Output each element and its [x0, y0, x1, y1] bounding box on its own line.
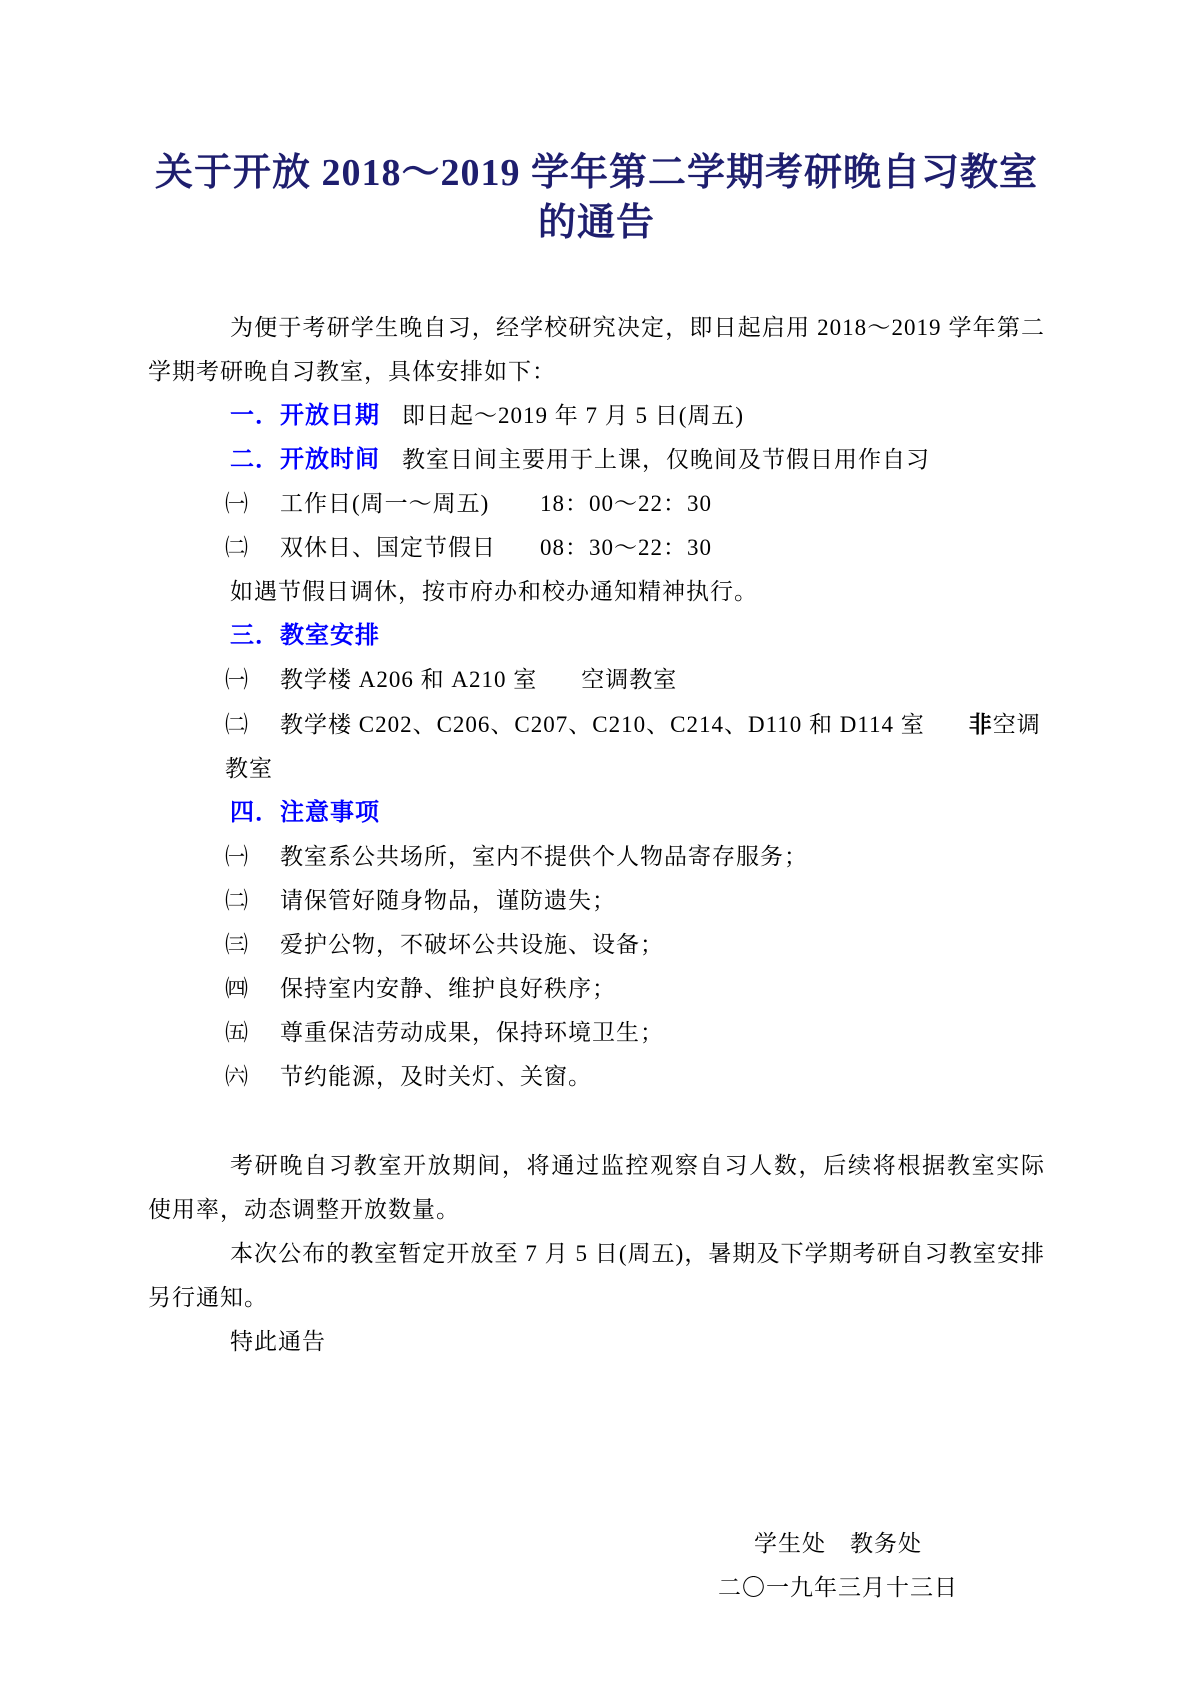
signature-block: 学生处 教务处 二〇一九年三月十三日: [688, 1522, 988, 1610]
section-open-date-heading: 一．开放日期: [230, 402, 380, 429]
schedule-item-weekday: ㈠工作日(周一～周五)18：00～22：30: [148, 482, 1045, 526]
closing-paragraph-monitoring: 考研晚自习教室开放期间，将通过监控观察自习人数，后续将根据教室实际使用率，动态调…: [148, 1144, 1045, 1232]
room-item-non-ac-label: 教学楼 C202、C206、C207、C210、C214、D110 和 D114…: [280, 712, 925, 737]
intro-paragraph: 为便于考研学生晚自习，经学校研究决定，即日起启用 2018～2019 学年第二学…: [148, 306, 1045, 394]
schedule-item-weekend: ㈡双休日、国定节假日08：30～22：30: [148, 526, 1045, 570]
note-item-3: ㈢爱护公物，不破坏公共设施、设备；: [148, 923, 1045, 967]
note-item-4-text: 保持室内安静、维护良好秩序；: [280, 976, 616, 1001]
item-marker: ㈤: [225, 1011, 280, 1055]
schedule-item-weekend-time: 08：30～22：30: [540, 526, 712, 570]
signature-departments: 学生处 教务处: [688, 1522, 988, 1566]
section-open-date-value: 即日起～2019 年 7 月 5 日(周五): [402, 403, 744, 428]
item-marker: ㈥: [225, 1055, 280, 1099]
section-open-time-heading: 二．开放时间: [230, 446, 380, 473]
item-marker: ㈠: [225, 658, 280, 702]
section-open-time-line: 二．开放时间教室日间主要用于上课，仅晚间及节假日用作自习: [148, 438, 1045, 482]
item-marker: ㈢: [225, 923, 280, 967]
schedule-item-weekend-label: 双休日、国定节假日: [280, 535, 496, 560]
room-item-ac-label: 教学楼 A206 和 A210 室: [280, 667, 537, 692]
note-item-6: ㈥节约能源，及时关灯、关窗。: [148, 1055, 1045, 1099]
room-item-non-ac-tag-bold: 非: [969, 711, 993, 737]
schedule-item-weekday-time: 18：00～22：30: [540, 482, 712, 526]
page-title: 关于开放 2018～2019 学年第二学期考研晚自习教室的通告: [148, 148, 1045, 248]
closing-paragraph-duration: 本次公布的教室暂定开放至 7 月 5 日(周五)，暑期及下学期考研自习教室安排另…: [148, 1232, 1045, 1320]
item-marker: ㈡: [225, 526, 280, 570]
item-marker: ㈠: [225, 482, 280, 526]
section-room-arrangement-heading: 三．教室安排: [230, 622, 380, 649]
room-item-ac-tag: 空调教室: [581, 667, 677, 692]
item-marker: ㈡: [225, 879, 280, 923]
note-item-5-text: 尊重保洁劳动成果，保持环境卫生；: [280, 1020, 664, 1045]
holiday-note: 如遇节假日调休，按市府办和校办通知精神执行。: [148, 570, 1045, 614]
notice-document-page: 关于开放 2018～2019 学年第二学期考研晚自习教室的通告 为便于考研学生晚…: [0, 0, 1191, 1684]
room-item-non-ac: ㈡教学楼 C202、C206、C207、C210、C214、D110 和 D11…: [148, 702, 1045, 791]
schedule-item-weekday-label: 工作日(周一～周五): [280, 491, 489, 516]
note-item-3-text: 爱护公物，不破坏公共设施、设备；: [280, 932, 664, 957]
item-marker: ㈡: [225, 703, 280, 747]
section-notes-heading: 四．注意事项: [230, 799, 380, 826]
closing-paragraphs: 考研晚自习教室开放期间，将通过监控观察自习人数，后续将根据教室实际使用率，动态调…: [148, 1144, 1045, 1364]
note-item-2: ㈡请保管好随身物品，谨防遗失；: [148, 879, 1045, 923]
note-item-1-text: 教室系公共场所，室内不提供个人物品寄存服务；: [280, 844, 808, 869]
item-marker: ㈣: [225, 967, 280, 1011]
note-item-5: ㈤尊重保洁劳动成果，保持环境卫生；: [148, 1011, 1045, 1055]
item-marker: ㈠: [225, 835, 280, 879]
note-item-6-text: 节约能源，及时关灯、关窗。: [280, 1064, 592, 1089]
closing-statement: 特此通告: [148, 1320, 1045, 1364]
section-room-arrangement-line: 三．教室安排: [148, 614, 1045, 658]
note-item-1: ㈠教室系公共场所，室内不提供个人物品寄存服务；: [148, 835, 1045, 879]
signature-date: 二〇一九年三月十三日: [688, 1566, 988, 1610]
section-open-time-description: 教室日间主要用于上课，仅晚间及节假日用作自习: [402, 447, 930, 472]
note-item-2-text: 请保管好随身物品，谨防遗失；: [280, 888, 616, 913]
section-open-date-line: 一．开放日期即日起～2019 年 7 月 5 日(周五): [148, 394, 1045, 438]
section-notes-line: 四．注意事项: [148, 791, 1045, 835]
room-item-ac: ㈠教学楼 A206 和 A210 室空调教室: [148, 658, 1045, 702]
note-item-4: ㈣保持室内安静、维护良好秩序；: [148, 967, 1045, 1011]
